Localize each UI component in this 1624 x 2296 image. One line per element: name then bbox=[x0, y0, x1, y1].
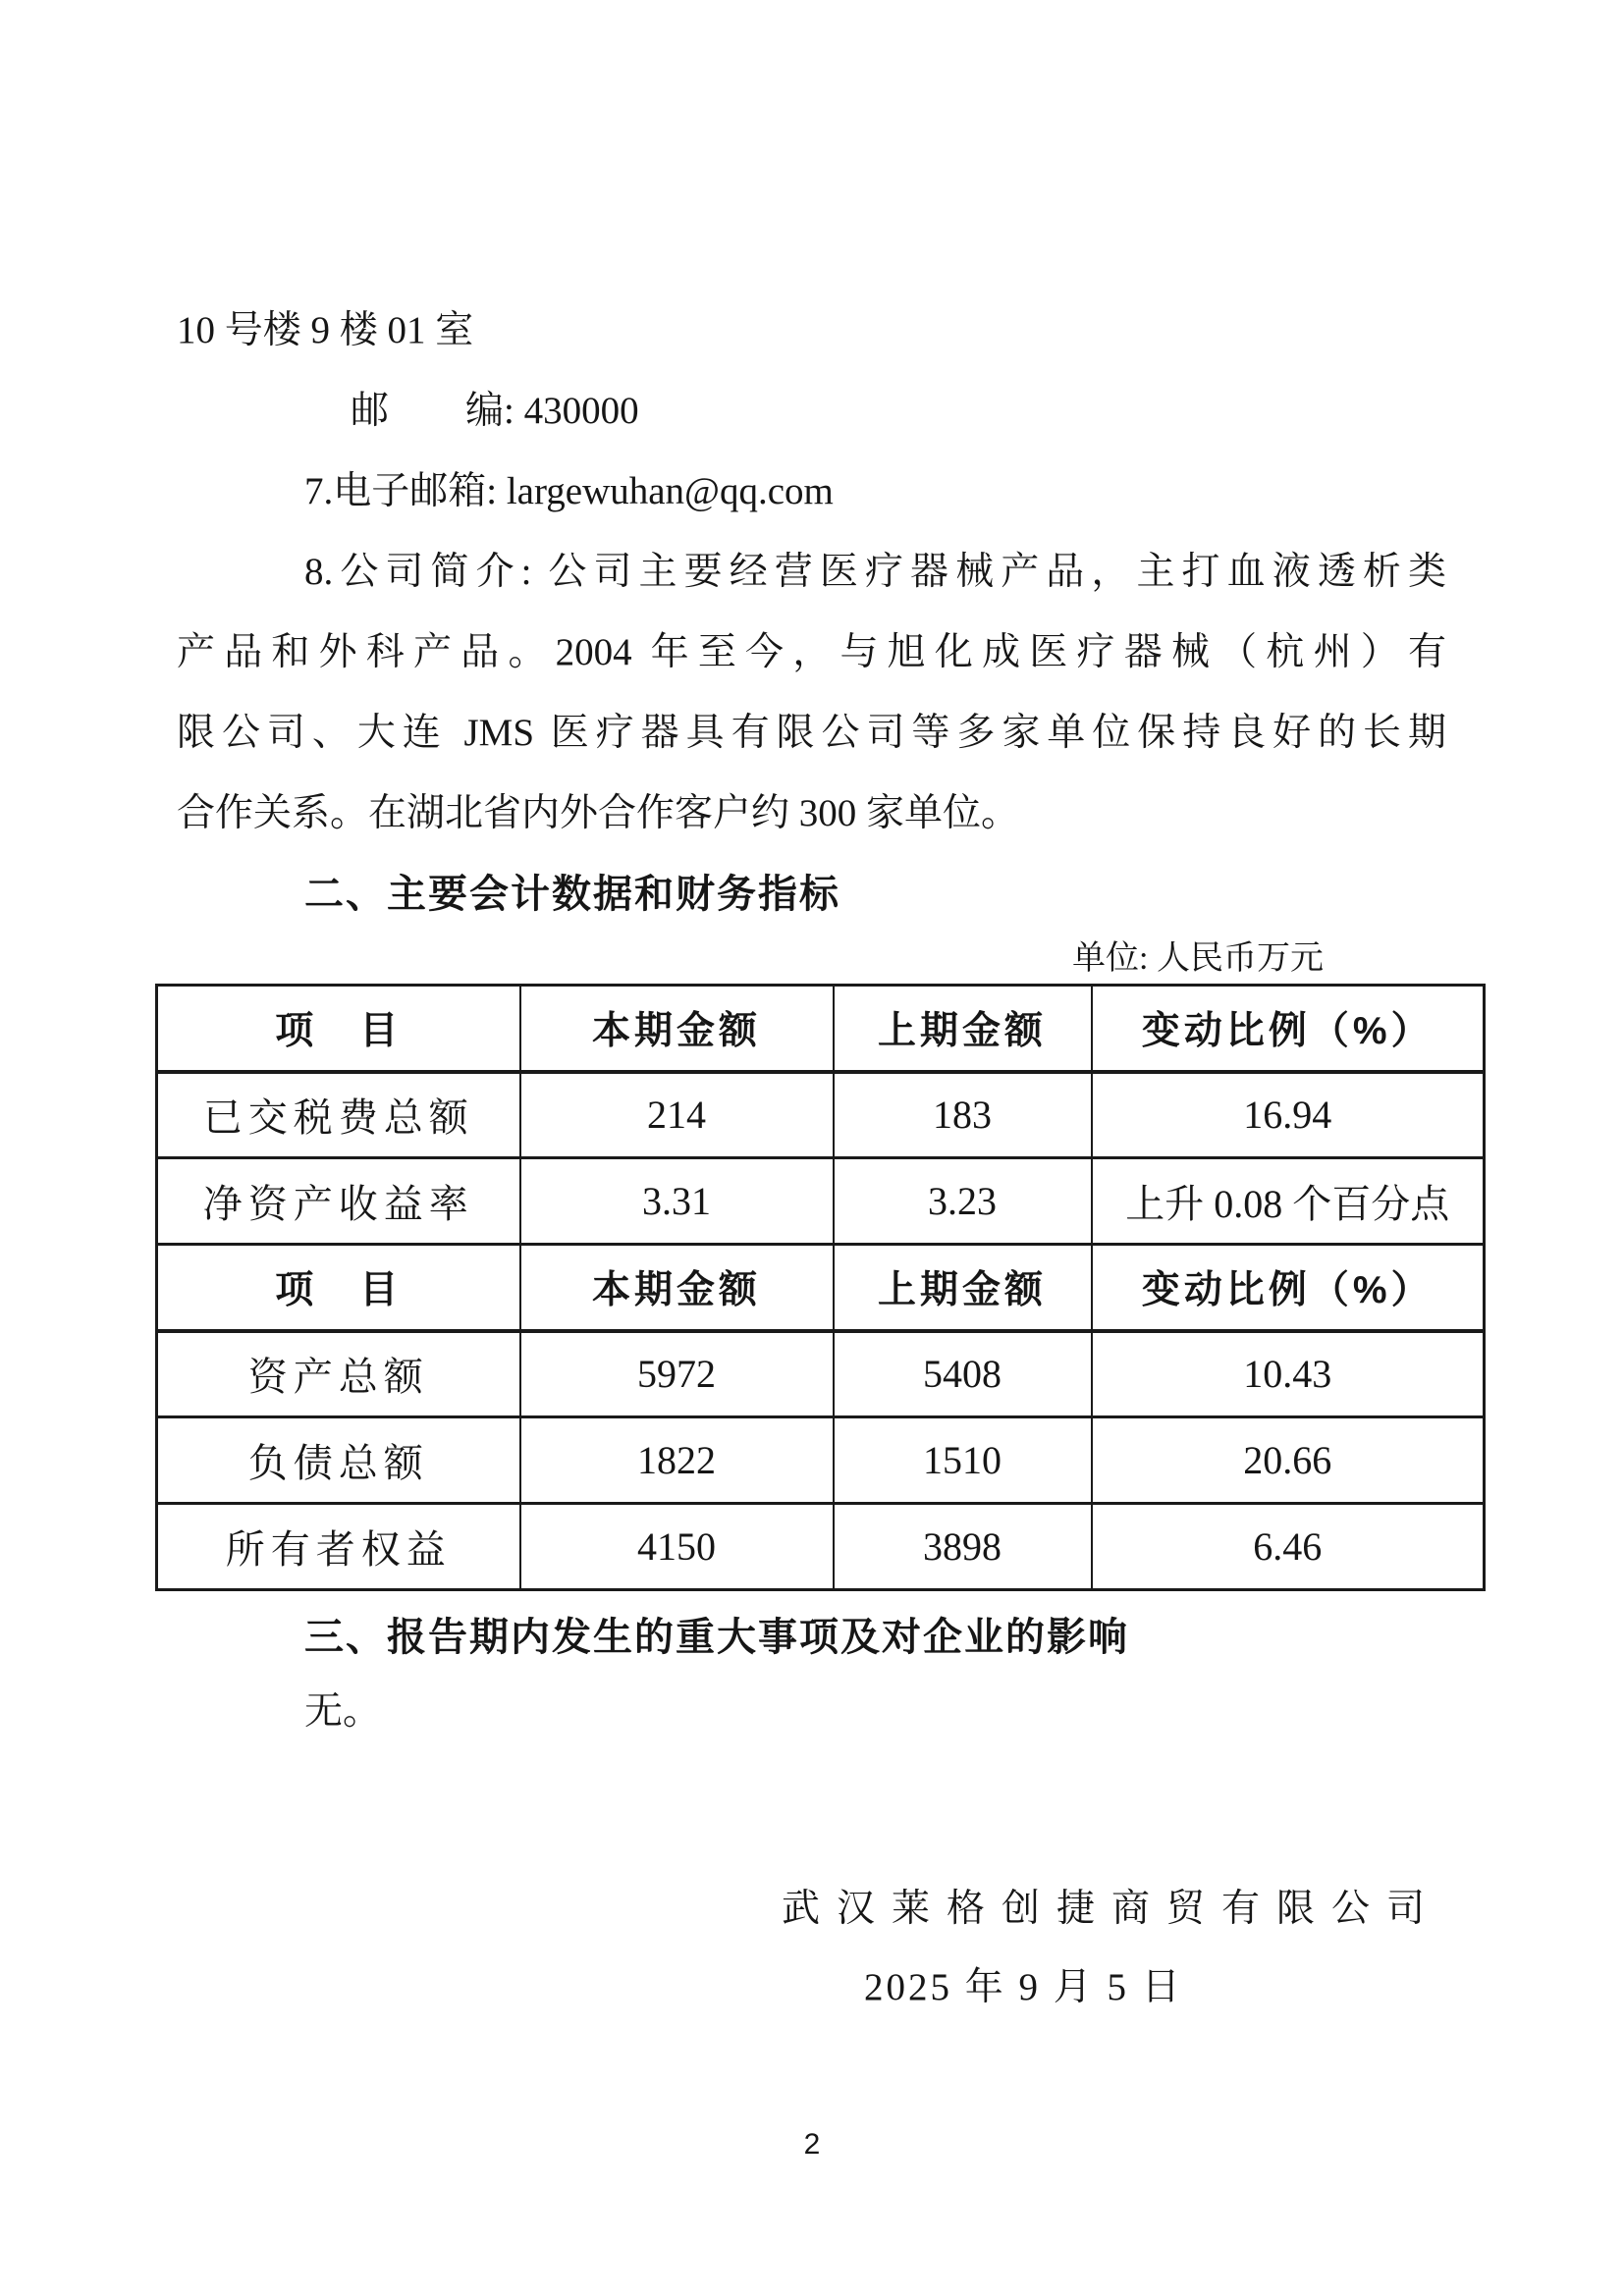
table-cell: 资产总额 bbox=[157, 1331, 520, 1417]
intro-line: 产品和外科产品。2004 年至今，与旭化成医疗器械（杭州）有 bbox=[177, 613, 1446, 693]
table-cell: 1822 bbox=[520, 1417, 834, 1504]
table-row: 已交税费总额21418316.94 bbox=[157, 1072, 1485, 1158]
table-cell: 20.66 bbox=[1092, 1417, 1485, 1504]
table-header-row: 项 目本期金额上期金额变动比例（%） bbox=[157, 986, 1485, 1072]
table-header-cell: 本期金额 bbox=[520, 1245, 834, 1331]
table-cell: 负债总额 bbox=[157, 1417, 520, 1504]
table-row: 净资产收益率3.313.23上升 0.08 个百分点 bbox=[157, 1158, 1485, 1245]
table-cell: 214 bbox=[520, 1072, 834, 1158]
signature-date: 2025 年 9 月 5 日 bbox=[864, 1949, 1447, 2027]
table-cell: 6.46 bbox=[1092, 1504, 1485, 1590]
table-header-cell: 项 目 bbox=[157, 986, 520, 1072]
table-cell: 3.31 bbox=[520, 1158, 834, 1245]
section-3-heading: 三、报告期内发生的重大事项及对企业的影响 bbox=[304, 1603, 1447, 1672]
table-header-row: 项 目本期金额上期金额变动比例（%） bbox=[157, 1245, 1485, 1331]
company-intro-paragraph: 8.公司简介: 公司主要经营医疗器械产品，主打血液透析类 产品和外科产品。200… bbox=[177, 532, 1447, 854]
table-cell: 4150 bbox=[520, 1504, 834, 1590]
table-cell: 5972 bbox=[520, 1331, 834, 1417]
table-cell: 1510 bbox=[834, 1417, 1092, 1504]
postal-code-line: 邮 编: 430000 bbox=[351, 371, 1447, 452]
table-header-cell: 项 目 bbox=[157, 1245, 520, 1331]
table-cell: 上升 0.08 个百分点 bbox=[1092, 1158, 1485, 1245]
intro-line: 合作关系。在湖北省内外合作客户约 300 家单位。 bbox=[177, 774, 1447, 854]
table-row: 资产总额5972540810.43 bbox=[157, 1331, 1485, 1417]
document-page: 10 号楼 9 楼 01 室 邮 编: 430000 7.电子邮箱: large… bbox=[0, 0, 1624, 2296]
financial-table-body: 项 目本期金额上期金额变动比例（%）已交税费总额21418316.94净资产收益… bbox=[157, 986, 1485, 1590]
table-header-cell: 上期金额 bbox=[834, 1245, 1092, 1331]
intro-line: 8.公司简介: 公司主要经营医疗器械产品，主打血液透析类 bbox=[304, 532, 1446, 613]
table-row: 负债总额1822151020.66 bbox=[157, 1417, 1485, 1504]
signature-company: 武汉莱格创捷商贸有限公司 bbox=[782, 1870, 1447, 1949]
financial-table: 项 目本期金额上期金额变动比例（%）已交税费总额21418316.94净资产收益… bbox=[155, 984, 1486, 1591]
table-cell: 所有者权益 bbox=[157, 1504, 520, 1590]
address-line: 10 号楼 9 楼 01 室 bbox=[177, 291, 1447, 371]
table-header-cell: 上期金额 bbox=[834, 986, 1092, 1072]
section-2-heading: 二、主要会计数据和财务指标 bbox=[304, 854, 1447, 934]
table-header-cell: 本期金额 bbox=[520, 986, 834, 1072]
section-3-body: 无。 bbox=[304, 1672, 1447, 1752]
table-header-cell: 变动比例（%） bbox=[1092, 1245, 1485, 1331]
table-cell: 3.23 bbox=[834, 1158, 1092, 1245]
email-line: 7.电子邮箱: largewuhan@qq.com bbox=[304, 452, 1447, 532]
table-row: 所有者权益415038986.46 bbox=[157, 1504, 1485, 1590]
table-header-cell: 变动比例（%） bbox=[1092, 986, 1485, 1072]
table-cell: 已交税费总额 bbox=[157, 1072, 520, 1158]
table-cell: 10.43 bbox=[1092, 1331, 1485, 1417]
table-unit-label: 单位: 人民币万元 bbox=[1072, 934, 1447, 984]
document-content: 10 号楼 9 楼 01 室 邮 编: 430000 7.电子邮箱: large… bbox=[0, 0, 1624, 2164]
table-cell: 183 bbox=[834, 1072, 1092, 1158]
intro-line: 限公司、大连 JMS 医疗器具有限公司等多家单位保持良好的长期 bbox=[177, 693, 1446, 774]
table-cell: 3898 bbox=[834, 1504, 1092, 1590]
table-cell: 净资产收益率 bbox=[157, 1158, 520, 1245]
table-cell: 5408 bbox=[834, 1331, 1092, 1417]
page-number: 2 bbox=[177, 2125, 1447, 2164]
table-cell: 16.94 bbox=[1092, 1072, 1485, 1158]
